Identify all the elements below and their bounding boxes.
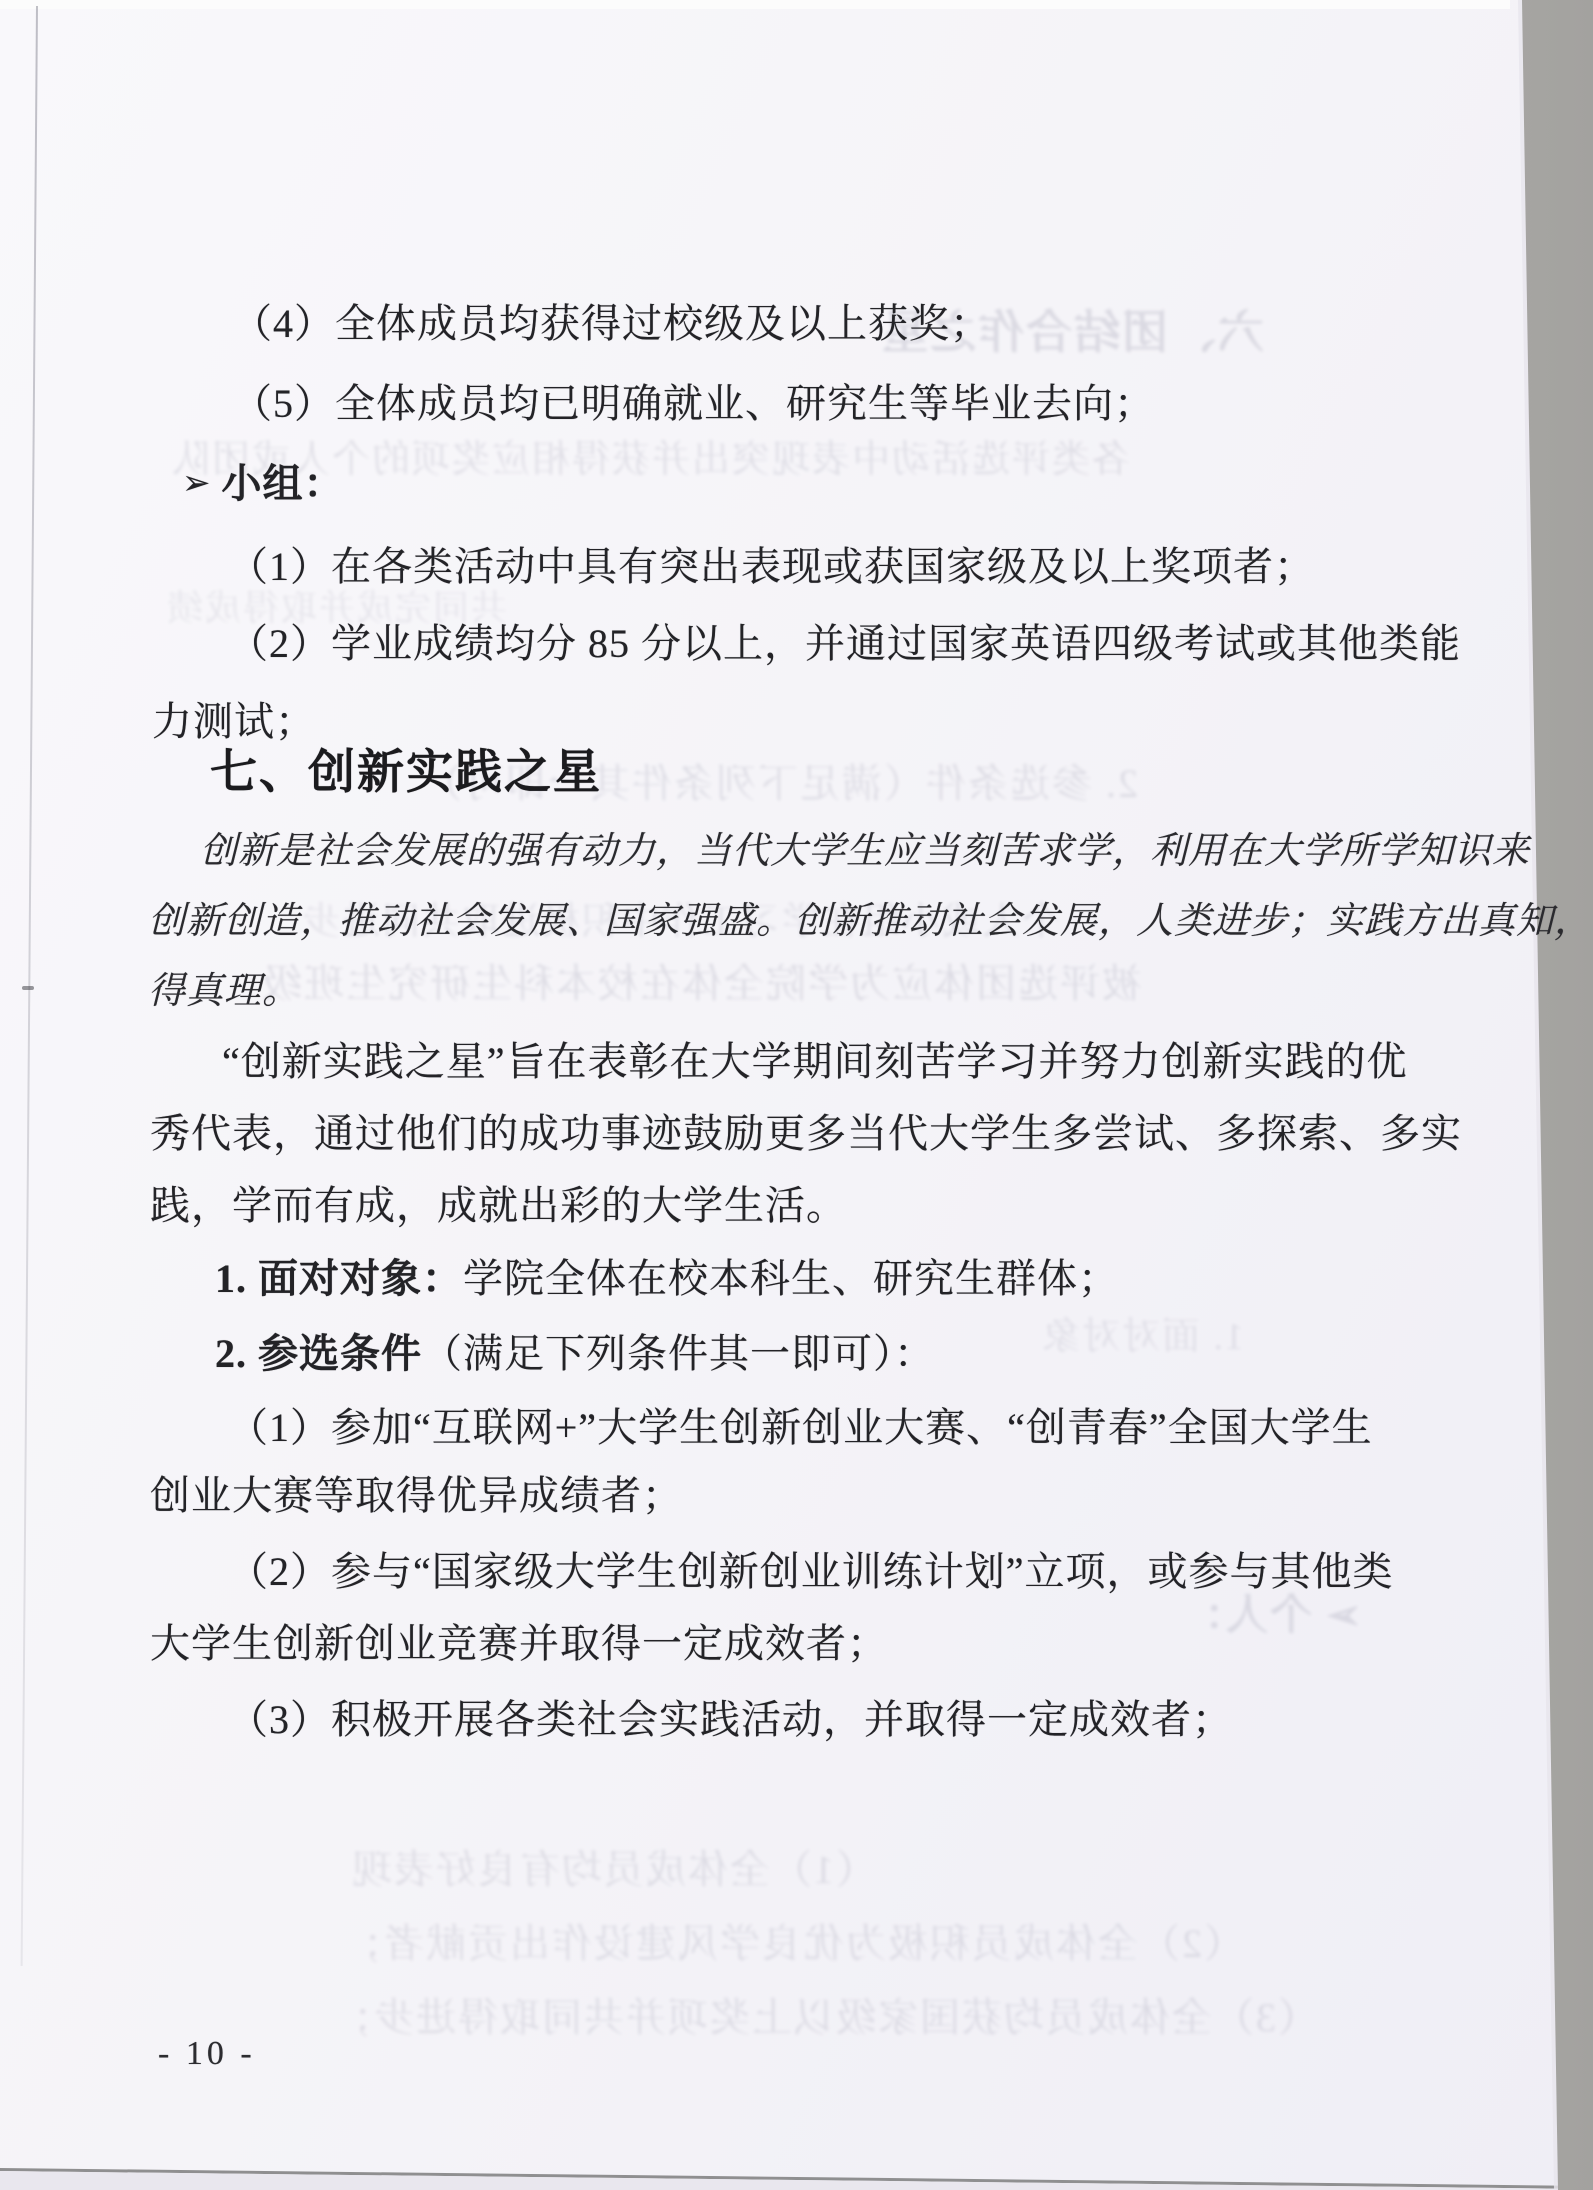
list-item-5: （5）全体成员均已明确就业、研究生等毕业去向；	[232, 372, 1155, 429]
paragraph-line1: “创新实践之星”旨在表彰在大学期间刻苦学习并努力创新实践的优	[222, 1030, 1408, 1087]
intro-italic-line1: 创新是社会发展的强有动力，当代大学生应当刻苦求学，利用在大学所学知识来	[200, 820, 1530, 874]
bleedthrough-line: （1）全体成员均有良好表现	[350, 1838, 876, 1895]
criteria-text: （满足下列条件其一即可）：	[422, 1331, 935, 1376]
intro-italic-line3: 得真理。	[148, 960, 300, 1014]
criterion-3-line: （3）积极开展各类社会实践活动，并取得一定成效者；	[228, 1688, 1233, 1745]
scanner-top-strip	[0, 0, 1510, 9]
bleedthrough-line: 1. 面对对象	[1040, 1305, 1244, 1360]
target-audience-text: 学院全体在校本科生、研究生群体；	[463, 1256, 1119, 1301]
bleedthrough-line: 被评选团体应为学院全体在校本科生研究生班级	[260, 952, 1142, 1009]
paragraph-line3: 践，学而有成，成就出彩的大学生活。	[150, 1174, 847, 1231]
page-number: - 10 -	[158, 2035, 256, 2073]
section-heading: 七、创新实践之星	[210, 735, 602, 802]
group-item-2-line1: （2）学业成绩均分 85 分以上，并通过国家英语四级考试或其他类能	[228, 612, 1461, 669]
bleedthrough-line: （3）全体成员均获国家级以上奖项并共同取得进步；	[330, 1986, 1318, 2043]
criterion-1-line1: （1）参加“互联网+”大学生创新创业大赛、“创青春”全国大学生	[228, 1396, 1373, 1453]
group-subheading: ➢小组：	[182, 452, 345, 509]
criterion-1-line2: 创业大赛等取得优异成绩者；	[150, 1464, 683, 1521]
edge-mark	[22, 986, 34, 990]
scanned-document-page: 六、团结合作之星 各类评选活动中表现突出并获得相应奖项的个人或团队 共同完成并取…	[0, 0, 1593, 2190]
paragraph-line2: 秀代表，通过他们的成功事迹鼓励更多当代大学生多尝试、多探索、多实	[150, 1102, 1462, 1159]
bleedthrough-line: （2）全体成员积极为优良学风建设作出贡献者；	[340, 1912, 1244, 1969]
scanner-background	[1500, 0, 1593, 2190]
criterion-2-line2: 大学生创新创业竞赛并取得一定成效者；	[150, 1612, 888, 1669]
target-audience-line: 1. 面对对象：学院全体在校本科生、研究生群体；	[215, 1247, 1119, 1304]
target-audience-label: 1. 面对对象：	[215, 1256, 463, 1301]
intro-italic-line2: 创新创造，推动社会发展、国家强盛。创新推动社会发展，人类进步；实践方出真知，	[148, 890, 1592, 944]
criteria-label: 2. 参选条件	[215, 1331, 422, 1376]
list-item-4: （4）全体成员均获得过校级及以上获奖；	[232, 292, 991, 349]
group-label: 小组：	[222, 461, 345, 506]
criteria-line: 2. 参选条件（满足下列条件其一即可）：	[215, 1322, 935, 1379]
criterion-2-line1: （2）参与“国家级大学生创新创业训练计划”立项，或参与其他类	[228, 1540, 1394, 1597]
group-item-1: （1）在各类活动中具有突出表现或获国家级及以上奖项者；	[228, 535, 1315, 592]
arrow-bullet-icon: ➢	[182, 465, 212, 502]
